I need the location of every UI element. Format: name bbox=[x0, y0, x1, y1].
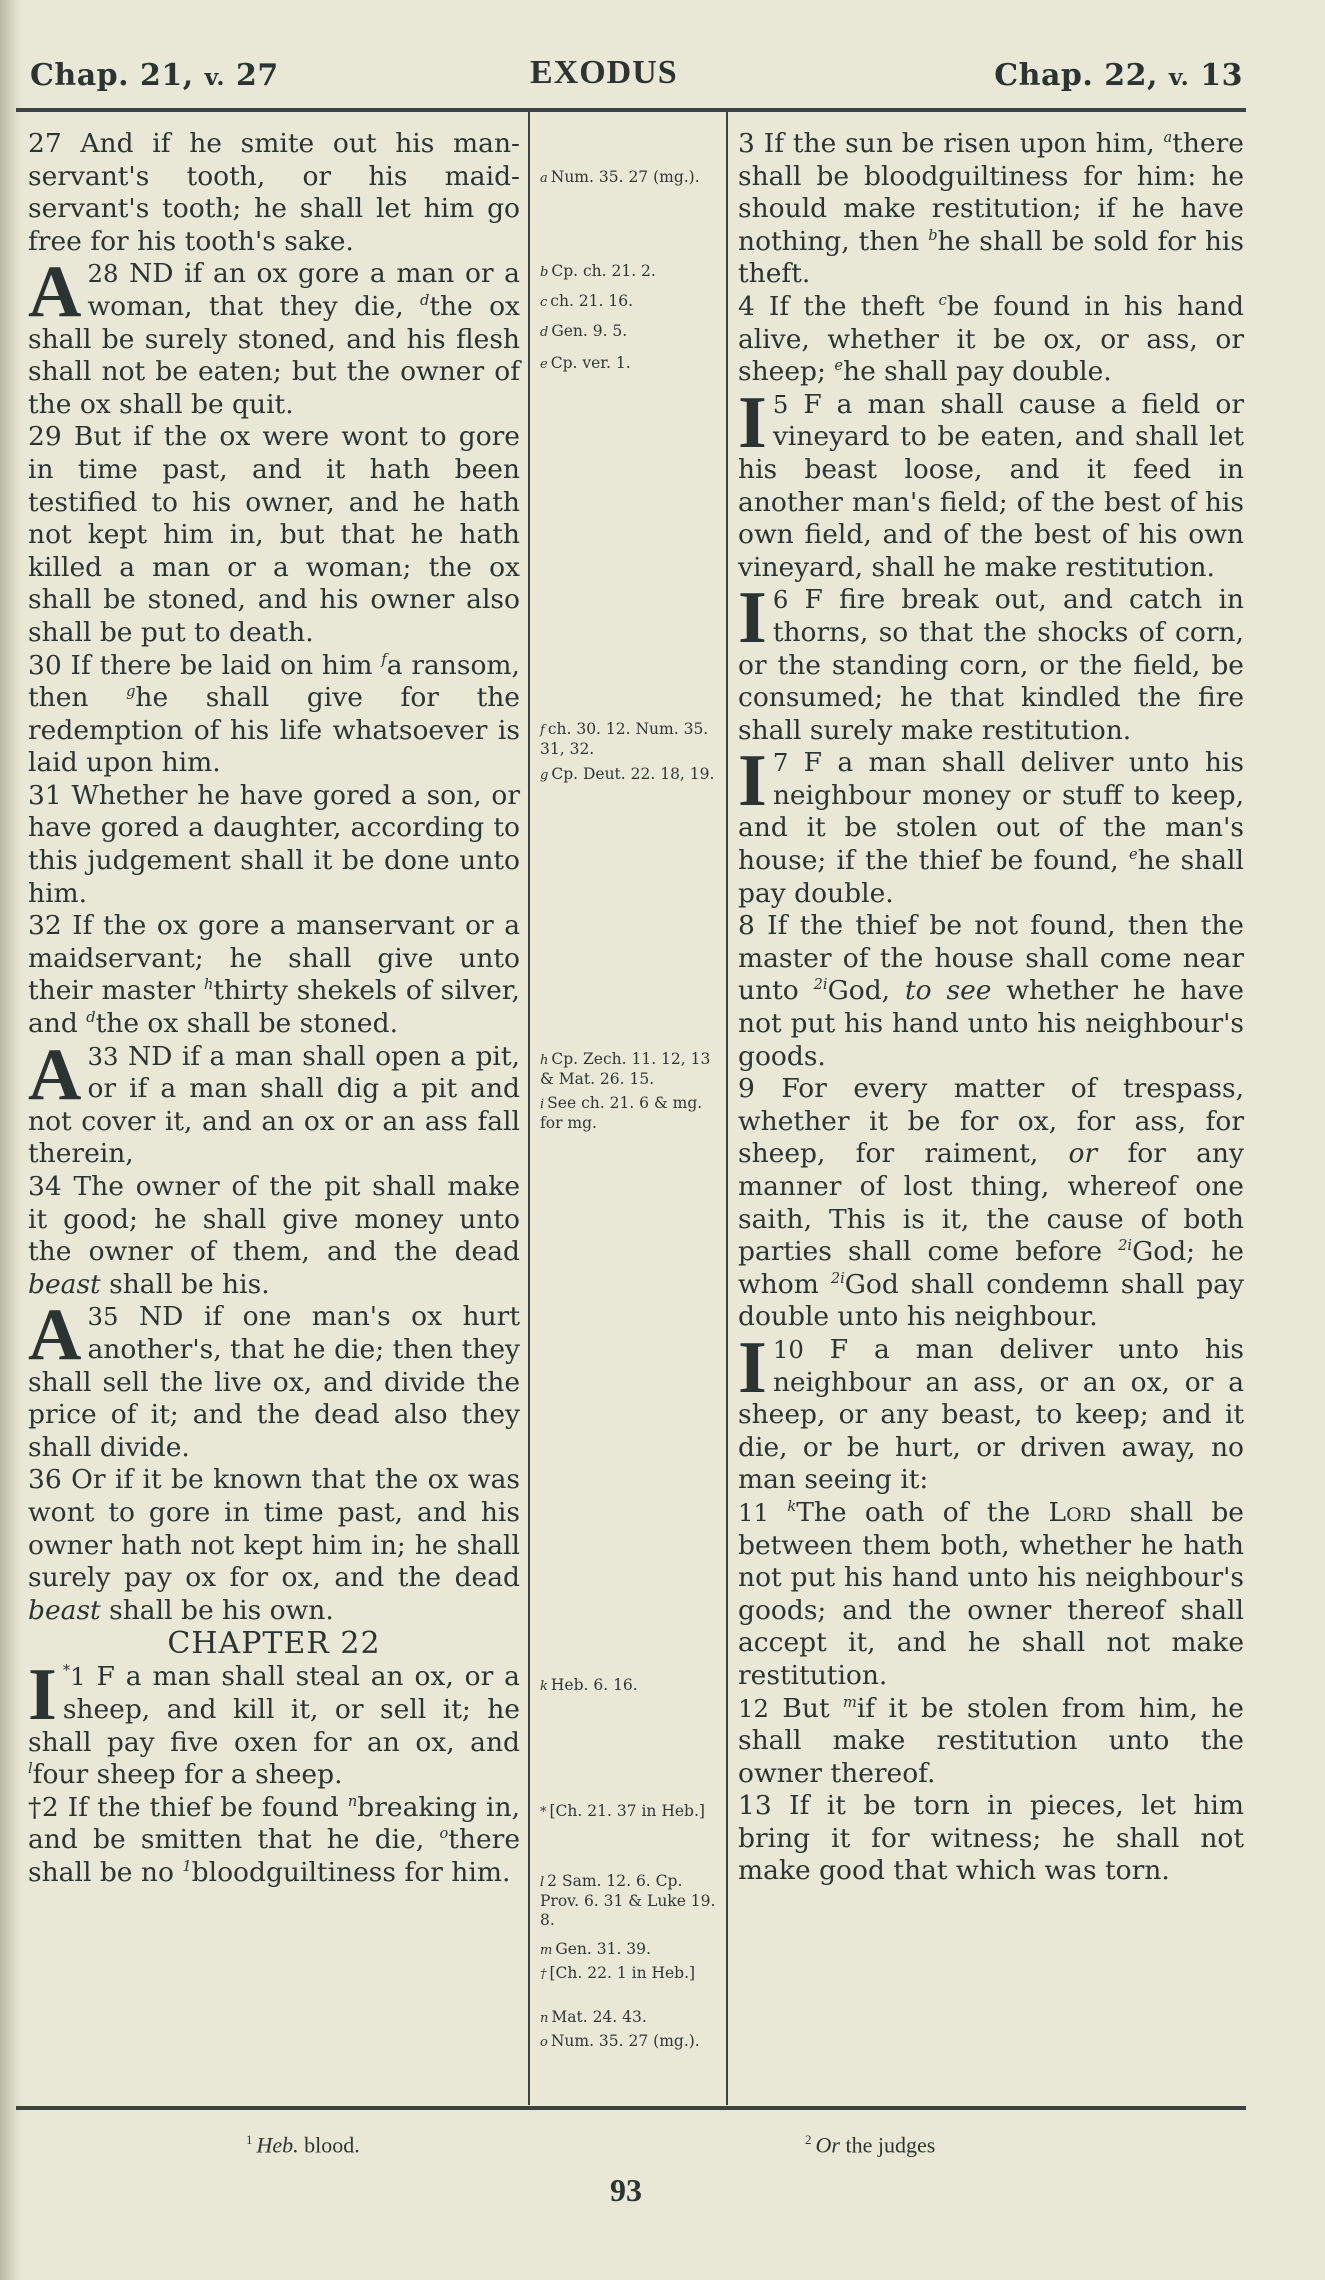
verse-text: 4 If the theft bbox=[738, 291, 925, 322]
verse-text: he shall pay double. bbox=[843, 356, 1112, 387]
verse-number: 12 bbox=[738, 1694, 769, 1723]
italic-word: beast bbox=[28, 1595, 101, 1626]
cross-reference-entry: cch. 21. 16. bbox=[540, 292, 722, 312]
verse-text: F a man shall deliver unto bbox=[804, 747, 1190, 778]
verse-21-32: 32 If the ox gore a manservant or a maid… bbox=[28, 910, 520, 1040]
book-title: EXODUS bbox=[530, 54, 678, 92]
drop-cap: I bbox=[738, 751, 767, 811]
cross-reference-mark: e bbox=[1129, 846, 1138, 863]
cross-reference-entry: oNum. 35. 27 (mg.). bbox=[540, 2032, 722, 2052]
verse-22-2: †2 If the thief be found nbreaking in, a… bbox=[28, 1792, 520, 1890]
cross-reference-entry: fch. 30. 12. Num. 35. 31, 32. bbox=[540, 720, 722, 759]
reference-text: Num. 35. 27 (mg.). bbox=[551, 168, 700, 186]
verse-22-3: 3 If the sun be risen upon him, athere s… bbox=[738, 128, 1244, 291]
verse-22-12: 12 But mif it be stolen from him, he sha… bbox=[738, 1693, 1244, 1791]
reference-text: Cp. Zech. 11. 12, 13 & Mat. 26. 15. bbox=[540, 1050, 710, 1088]
cross-reference-entry: eCp. ver. 1. bbox=[540, 354, 722, 374]
reference-mark: i bbox=[540, 1097, 544, 1112]
verse-text: the ox shall be stoned. bbox=[96, 1008, 398, 1039]
verse-text: 3 If the sun be risen upon him, bbox=[738, 128, 1155, 159]
cross-reference-mark: k bbox=[787, 1498, 796, 1515]
cross-reference-entry: l2 Sam. 12. 6. Cp. Prov. 6. 31 & Luke 19… bbox=[540, 1872, 722, 1930]
verse-text: neighbour an ass, or an bbox=[773, 1367, 1116, 1398]
header-left-reference: Chap. 21, v. 27 bbox=[30, 58, 279, 93]
drop-cap: I bbox=[28, 1665, 57, 1725]
verse-22-6: 6 IF fire break out, and catch in thorns… bbox=[738, 584, 1244, 747]
verse-22-5: 5 IF a man shall cause a field or vineya… bbox=[738, 389, 1244, 585]
cross-reference-entry: iSee ch. 21. 6 & mg. for mg. bbox=[540, 1094, 722, 1133]
cross-reference-entry: bCp. ch. 21. 2. bbox=[540, 262, 722, 282]
cross-reference-mark: d bbox=[420, 292, 429, 309]
reference-text: [Ch. 22. 1 in Heb.] bbox=[550, 1964, 696, 1982]
verse-21-36: 36 Or if it be known that the ox was won… bbox=[28, 1464, 520, 1627]
verse-text: F a man deliver unto his bbox=[830, 1334, 1244, 1365]
footer-rule bbox=[16, 2106, 1246, 2110]
verse-22-1: *1 IF a man shall steal an ox, or a shee… bbox=[28, 1661, 520, 1791]
verse-21-33: 33 AND if a man shall open a pit, or if … bbox=[28, 1041, 520, 1171]
verse-number: 13 bbox=[1200, 58, 1243, 93]
reference-text: Cp. Deut. 22. 18, 19. bbox=[551, 765, 714, 783]
reference-text: ch. 21. 16. bbox=[550, 292, 633, 310]
column-divider-right bbox=[726, 110, 728, 2105]
chap-number: 22 bbox=[1104, 58, 1147, 93]
cross-reference-mark: h bbox=[204, 977, 213, 994]
verse-text: F a man shall steal an ox, bbox=[97, 1661, 454, 1692]
verse-number: 11 bbox=[738, 1498, 769, 1527]
cross-reference-entry: *[Ch. 21. 37 in Heb.] bbox=[540, 1802, 722, 1822]
verse-text: another's, that he die; bbox=[87, 1334, 384, 1365]
verse-21-34: 34 The owner of the pit shall make it go… bbox=[28, 1171, 520, 1301]
cross-reference-mark: d bbox=[86, 1009, 95, 1026]
reference-mark: k bbox=[540, 1679, 548, 1694]
verse-number: 7 bbox=[773, 748, 789, 777]
reference-text: See ch. 21. 6 & mg. for mg. bbox=[540, 1094, 702, 1132]
reference-mark: n bbox=[540, 2011, 548, 2026]
verse-22-4: 4 If the theft cbe found in his hand ali… bbox=[738, 291, 1244, 389]
footnote-2: 2Or the judges bbox=[805, 2132, 935, 2158]
reference-text: ch. 30. 12. Num. 35. 31, 32. bbox=[540, 720, 708, 758]
reference-mark: g bbox=[540, 768, 548, 783]
italic-word: to see bbox=[905, 975, 991, 1006]
drop-cap: A bbox=[28, 1045, 81, 1105]
verse-text: ND if an ox gore a man bbox=[129, 258, 454, 289]
verse-text: F fire break out, and catch bbox=[805, 584, 1203, 615]
cross-reference-mark: a bbox=[1164, 129, 1173, 146]
verse-number: 33 bbox=[87, 1042, 118, 1071]
verse-21-27: 27 And if he smite out his man-servant's… bbox=[28, 128, 520, 258]
drop-cap: A bbox=[28, 262, 81, 322]
drop-cap: I bbox=[738, 1338, 767, 1398]
header-right-reference: Chap. 22, v. 13 bbox=[994, 58, 1243, 93]
page-number: 93 bbox=[610, 2172, 642, 2209]
verse-text: But bbox=[782, 1693, 829, 1724]
reference-mark: o bbox=[540, 2035, 548, 2050]
drop-cap: I bbox=[738, 588, 767, 648]
reference-mark: m bbox=[540, 1943, 552, 1958]
reference-mark: l bbox=[540, 1875, 544, 1890]
verse-text: 2 If the thief be found bbox=[42, 1792, 339, 1823]
verse-22-7: 7 IF a man shall deliver unto his neighb… bbox=[738, 747, 1244, 910]
verse-text: he shall give for the redemption of his … bbox=[28, 682, 520, 778]
verse-text: ND if a man shall open a bbox=[128, 1041, 466, 1072]
column-divider-left bbox=[528, 110, 530, 2105]
footnote-mark: 2 bbox=[831, 1270, 840, 1287]
reference-mark: c bbox=[540, 295, 547, 310]
cross-reference-entry: gCp. Deut. 22. 18, 19. bbox=[540, 765, 722, 785]
verse-text: four sheep for a sheep. bbox=[33, 1759, 343, 1790]
verse-21-29: 29 But if the ox were wont to gore in ti… bbox=[28, 421, 520, 649]
verse-22-10: 10 IF a man deliver unto his neighbour a… bbox=[738, 1334, 1244, 1497]
footnote-number: 2 bbox=[805, 2132, 812, 2147]
verse-number: 10 bbox=[773, 1335, 804, 1364]
cross-reference-entry: aNum. 35. 27 (mg.). bbox=[540, 168, 722, 188]
header-rule bbox=[16, 108, 1246, 112]
chapter-heading: CHAPTER 22 bbox=[28, 1627, 520, 1661]
divine-name: Lord bbox=[1049, 1497, 1112, 1528]
footnote-text: the judges bbox=[845, 2132, 935, 2157]
page-gutter-shadow bbox=[0, 0, 22, 2280]
footnote-mark: 1 bbox=[182, 1858, 191, 1875]
verse-number: 5 bbox=[773, 390, 789, 419]
verse-text: 34 The owner of the pit shall make it go… bbox=[28, 1171, 520, 1267]
running-header: Chap. 21, v. 27 EXODUS Chap. 22, v. 13 bbox=[0, 52, 1325, 102]
verse-number: 35 bbox=[87, 1302, 118, 1331]
cross-reference-mark: e bbox=[834, 357, 843, 374]
reference-text: Num. 35. 27 (mg.). bbox=[551, 2032, 700, 2050]
italic-word: beast bbox=[28, 1269, 101, 1300]
footnote-text: blood. bbox=[304, 2132, 360, 2157]
verse-text: ND if one man's ox hurt bbox=[139, 1301, 520, 1332]
reference-mark: e bbox=[540, 357, 548, 372]
drop-cap: I bbox=[738, 393, 767, 453]
chap-label: Chap. bbox=[30, 58, 129, 93]
footnote-mark: 2 bbox=[814, 977, 823, 994]
verse-22-9: 9 For every matter of trespass, whether … bbox=[738, 1073, 1244, 1334]
reference-text: Gen. 9. 5. bbox=[551, 322, 627, 340]
asterisk-mark: * bbox=[63, 1662, 70, 1679]
reference-mark: a bbox=[540, 171, 548, 186]
reference-text: Cp. ch. 21. 2. bbox=[551, 262, 656, 280]
italic-word: Or bbox=[816, 2132, 840, 2157]
cross-reference-mark: b bbox=[928, 227, 937, 244]
verse-22-8: 8 If the thief be not found, then the ma… bbox=[738, 910, 1244, 1073]
reference-mark: h bbox=[540, 1053, 548, 1068]
reference-text: [Ch. 21. 37 in Heb.] bbox=[550, 1802, 705, 1820]
cross-reference-mark: n bbox=[348, 1793, 357, 1810]
cross-reference-entry: nMat. 24. 43. bbox=[540, 2008, 722, 2028]
reference-text: Mat. 24. 43. bbox=[551, 2008, 646, 2026]
footnote-1: 1Heb. blood. bbox=[246, 2132, 360, 2158]
cross-reference-mark: o bbox=[439, 1825, 448, 1842]
reference-mark: b bbox=[540, 265, 548, 280]
reference-mark: * bbox=[540, 1805, 547, 1820]
drop-cap: A bbox=[28, 1305, 81, 1365]
verse-text: 36 Or if it be known that the ox was won… bbox=[28, 1464, 520, 1593]
cross-reference-entry: mGen. 31. 39. bbox=[540, 1940, 722, 1960]
cross-reference-entry: hCp. Zech. 11. 12, 13 & Mat. 26. 15. bbox=[540, 1050, 722, 1089]
reference-text: Cp. ver. 1. bbox=[551, 354, 631, 372]
reference-mark: d bbox=[540, 325, 548, 340]
verse-text: shall be his own. bbox=[109, 1595, 334, 1626]
verse-text: The oath of the bbox=[796, 1497, 1030, 1528]
verse-label: v. bbox=[205, 63, 225, 91]
verse-text: F a man shall cause a field bbox=[803, 389, 1200, 420]
verse-21-31: 31 Whether he have gored a son, or have … bbox=[28, 780, 520, 910]
reference-mark: † bbox=[540, 1967, 547, 1982]
chap-label: Chap. bbox=[994, 58, 1093, 93]
verse-text: God, bbox=[828, 975, 891, 1006]
verse-21-28: 28 AND if an ox gore a man or a woman, t… bbox=[28, 258, 520, 421]
reference-text: 2 Sam. 12. 6. Cp. Prov. 6. 31 & Luke 19.… bbox=[540, 1872, 715, 1929]
dagger-mark: † bbox=[28, 1792, 42, 1823]
italic-word: Heb. bbox=[257, 2132, 299, 2157]
cross-reference-mark: m bbox=[843, 1694, 857, 1711]
cross-reference-entry: †[Ch. 22. 1 in Heb.] bbox=[540, 1964, 722, 1984]
verse-number: 28 bbox=[87, 259, 118, 288]
cross-reference-entry: dGen. 9. 5. bbox=[540, 322, 722, 342]
left-text-column: 27 And if he smite out his man-servant's… bbox=[28, 128, 520, 1889]
verse-number: 27 bbox=[236, 58, 279, 93]
verse-22-11: 11 kThe oath of the Lord shall be betwee… bbox=[738, 1497, 1244, 1693]
footnote-number: 1 bbox=[246, 2132, 253, 2147]
verse-label: v. bbox=[1169, 63, 1189, 91]
verse-text: bloodguiltiness for him. bbox=[192, 1857, 511, 1888]
reference-mark: f bbox=[540, 723, 545, 738]
verse-text: shall be his. bbox=[109, 1269, 269, 1300]
cross-reference-mark: c bbox=[939, 292, 947, 309]
italic-word: or bbox=[1069, 1138, 1098, 1169]
verse-21-30: 30 If there be laid on him fa ransom, th… bbox=[28, 650, 520, 780]
cross-reference-entry: kHeb. 6. 16. bbox=[540, 1676, 722, 1696]
verse-number: 6 bbox=[773, 585, 789, 614]
reference-text: Gen. 31. 39. bbox=[555, 1940, 651, 1958]
right-text-column: 3 If the sun be risen upon him, athere s… bbox=[738, 128, 1244, 1888]
verse-22-13: 13 If it be torn in pieces, let him brin… bbox=[738, 1790, 1244, 1888]
verse-number: 1 bbox=[70, 1662, 86, 1691]
verse-text: 30 If there be laid on him bbox=[28, 650, 373, 681]
verse-21-35: 35 AND if one man's ox hurt another's, t… bbox=[28, 1301, 520, 1464]
chap-number: 21 bbox=[140, 58, 183, 93]
reference-text: Heb. 6. 16. bbox=[551, 1676, 638, 1694]
